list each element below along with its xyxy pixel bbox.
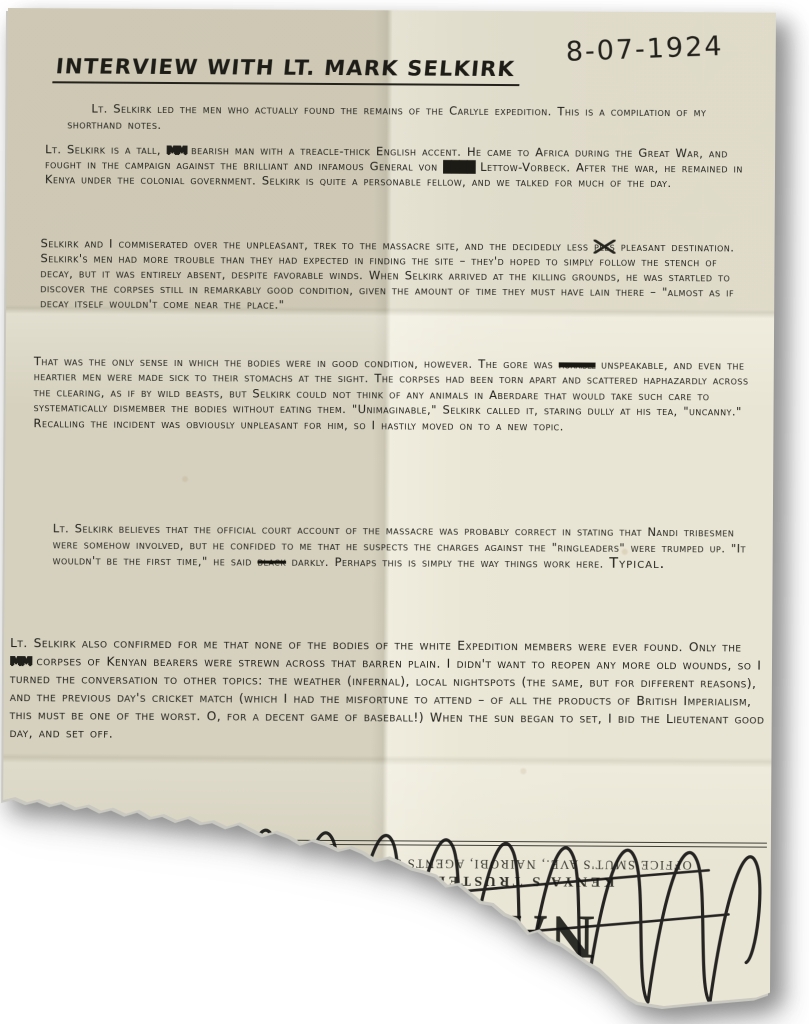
paragraph-text: Lt. Selkirk also confirmed for me that n…	[10, 636, 742, 654]
struck-word: black	[257, 554, 286, 568]
ink-scribble: MM	[167, 142, 186, 156]
ink-scribble: MM	[10, 654, 31, 668]
crossed-out-word: ples	[594, 239, 615, 253]
masthead-double-rule	[153, 839, 767, 848]
screenshot-scene: 8-07-1924 INTERVIEW WITH LT. MARK SELKIR…	[0, 0, 809, 1024]
paragraph-text: darkly. Perhaps this is simply the way t…	[286, 554, 609, 570]
handwritten-date: 8-07-1924	[565, 31, 724, 68]
paragraph-intro: Lt. Selkirk led the men who actually fou…	[67, 100, 757, 136]
paragraph-closing: Lt. Selkirk also confirmed for me that n…	[10, 634, 767, 747]
paragraph-text: Lt. Selkirk led the men who actually fou…	[67, 101, 706, 131]
paragraph-gore: That was the only sense in which the bod…	[33, 354, 751, 436]
paragraph-text: corpses of Kenyan bearers were strewn ac…	[10, 654, 765, 741]
redacted-word: ████	[443, 159, 474, 173]
scratched-out-word: horrible	[559, 357, 596, 371]
page-title: INTERVIEW WITH LT. MARK SELKIRK	[52, 54, 522, 86]
emphasized-word: Typical.	[609, 555, 665, 571]
masthead-title-upside-down: NAIROBI	[230, 903, 666, 968]
paragraph-court: Lt. Selkirk believes that the official c…	[53, 520, 753, 572]
paragraph-text: Lt. Selkirk is a tall,	[45, 142, 167, 157]
torn-letter-page: 8-07-1924 INTERVIEW WITH LT. MARK SELKIR…	[2, 8, 776, 1009]
masthead-tagline-upside-down: KENYA'S TRUSTED D	[323, 871, 703, 889]
paragraph-text: That was the only sense in which the bod…	[34, 354, 559, 371]
paragraph-description: Lt. Selkirk is a tall, MM bearish man wi…	[45, 142, 747, 191]
paragraph-trek: Selkirk and I commiserated over the unpl…	[40, 236, 752, 315]
